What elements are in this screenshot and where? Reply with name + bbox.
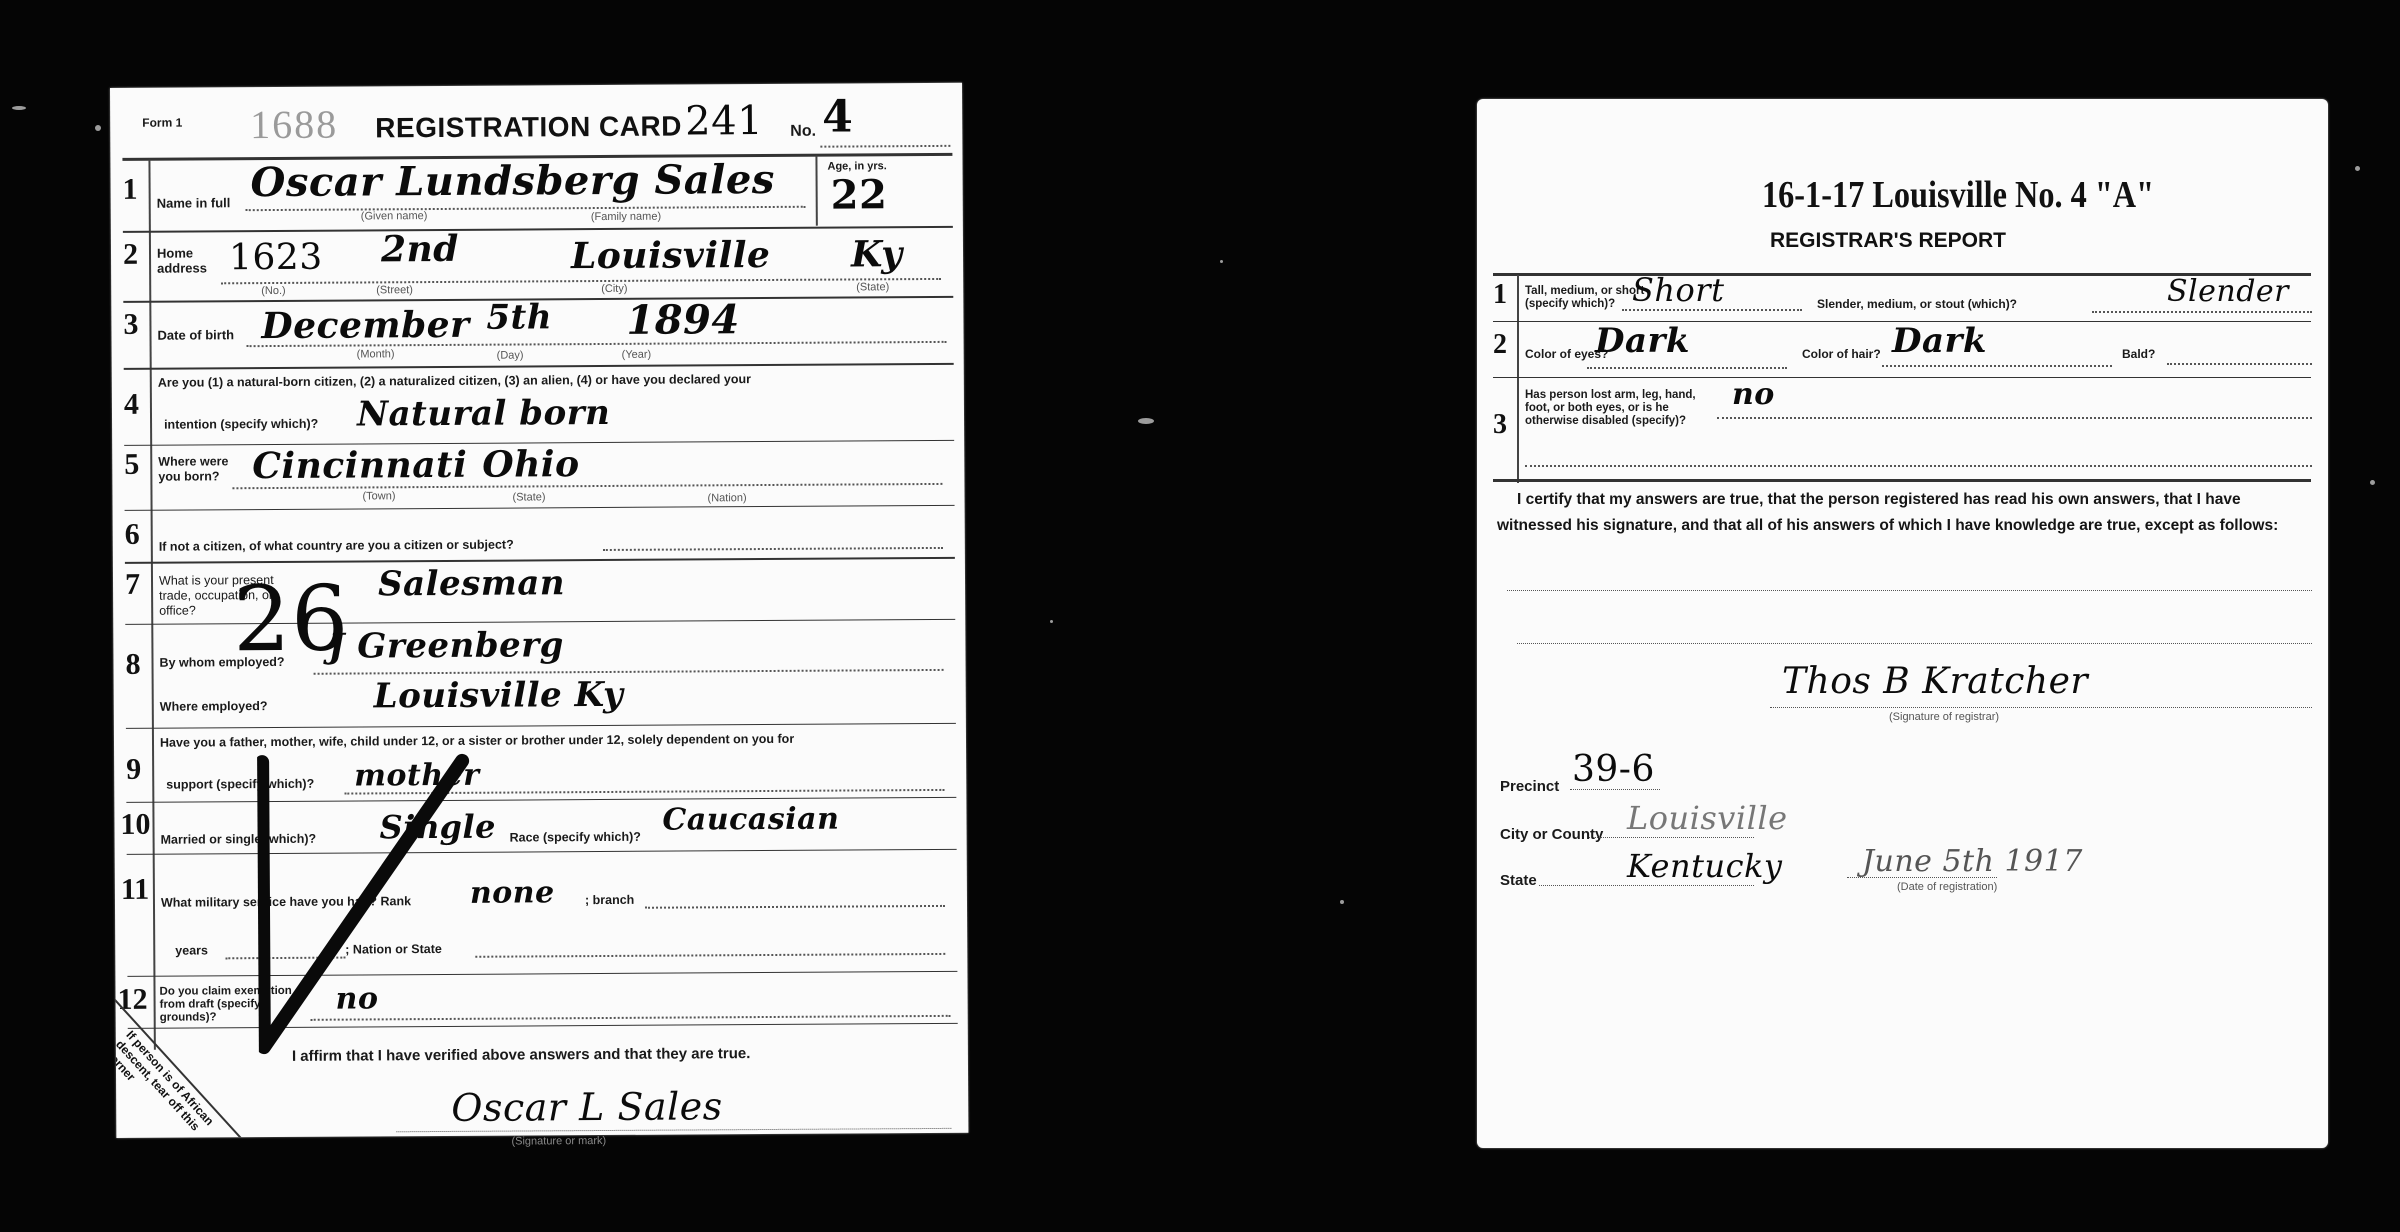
occupation-value: Salesman [378, 563, 565, 604]
employer-value: J Greenberg [328, 625, 564, 666]
name-label: Name in full [157, 195, 231, 210]
family-caption: (Family name) [591, 211, 661, 223]
film-speck [2355, 166, 2360, 171]
address-label: Home address [157, 245, 217, 275]
dob-month: December [261, 304, 469, 347]
address-street: 2nd [381, 228, 459, 270]
eye-color-value: Dark [1595, 321, 1690, 361]
caption-city: (City) [601, 283, 627, 295]
registration-date: June 5th 1917 [1862, 844, 2083, 879]
city-label: City or County [1500, 827, 1603, 842]
citizenship-value: Natural born [357, 393, 611, 435]
citizenship-question: Are you (1) a natural-born citizen, (2) … [158, 372, 751, 391]
precinct-label: Precinct [1500, 779, 1559, 794]
precinct-value: 39-6 [1572, 749, 1655, 790]
form-label: Form 1 [142, 116, 182, 131]
row-number: 1 [123, 173, 138, 207]
row-number: 6 [125, 518, 140, 552]
certification-text: I certify that my answers are true, that… [1497, 487, 2312, 539]
years-label: years [175, 943, 208, 958]
dob-year: 1894 [626, 296, 740, 344]
row-number: 3 [1493, 409, 1507, 441]
address-state: Ky [851, 233, 903, 275]
serial-stamp: 1688 [250, 101, 338, 149]
state-label: State [1500, 873, 1537, 888]
row-number: 4 [124, 388, 139, 422]
film-speck [2370, 480, 2375, 485]
given-caption: (Given name) [361, 210, 428, 222]
birthplace-town: Cincinnati [252, 444, 467, 487]
no-value: 4 [822, 91, 853, 142]
corner-note: If person is of African descent, tear of… [115, 1028, 234, 1138]
caption-street: (Street) [376, 284, 413, 296]
caption-year: (Year) [622, 349, 652, 361]
age-value: 22 [831, 171, 888, 218]
row-number: 11 [121, 873, 150, 907]
registration-card: Form 1 1688 REGISTRATION CARD 241 No. 4 … [110, 83, 968, 1138]
caption-state: (State) [856, 281, 889, 293]
row-number: 8 [125, 648, 140, 682]
state-value: Kentucky [1627, 847, 1782, 885]
report-header: 16-1-17 Louisville No. 4 "A" [1762, 173, 2154, 217]
film-speck [1050, 620, 1053, 623]
height-value: Short [1632, 271, 1724, 309]
dob-day: 5th [486, 297, 552, 337]
row-number: 1 [1493, 279, 1507, 311]
caption-month: (Month) [357, 348, 395, 360]
checkmark-icon [257, 750, 579, 1072]
row-number: 2 [123, 238, 138, 272]
build-value: Slender [2167, 274, 2289, 309]
caption-no: (No.) [261, 285, 286, 297]
caption-nation: (Nation) [707, 492, 746, 504]
foreign-citizen-label: If not a citizen, of what country are yo… [159, 538, 514, 555]
caption-state: (State) [512, 491, 545, 503]
report-title: REGISTRAR'S REPORT [1770, 229, 2006, 253]
film-speck [1220, 260, 1223, 263]
bald-label: Bald? [2122, 347, 2155, 362]
disability-label: Has person lost arm, leg, hand, foot, or… [1525, 389, 1720, 428]
row-number: 3 [123, 308, 138, 342]
film-speck [1138, 418, 1154, 424]
registrar-signature-caption: (Signature of registrar) [1889, 711, 1999, 723]
caption-day: (Day) [497, 349, 524, 361]
race-value: Caucasian [662, 802, 839, 838]
film-speck [1340, 900, 1344, 904]
card-number: 241 [685, 98, 763, 144]
birthplace-label: Where were you born? [158, 454, 238, 484]
row-number: 7 [125, 568, 140, 602]
employment-place-label: Where employed? [160, 699, 268, 715]
signature-caption: (Signature or mark) [511, 1135, 606, 1148]
hair-color-value: Dark [1892, 321, 1987, 361]
margin-mark: 26 [233, 567, 349, 673]
hair-color-label: Color of hair? [1802, 347, 1881, 362]
build-label: Slender, medium, or stout (which)? [1817, 297, 2017, 312]
row-number: 9 [126, 753, 141, 787]
employment-place-value: Louisville Ky [374, 675, 624, 717]
city-value: Louisville [1627, 799, 1788, 837]
address-city: Louisville [571, 234, 771, 277]
no-label: No. [790, 124, 816, 139]
row-number: 5 [124, 448, 139, 482]
name-value: Oscar Lundsberg Sales [250, 156, 775, 206]
dob-label: Date of birth [157, 327, 234, 342]
date-caption: (Date of registration) [1897, 881, 1997, 893]
film-speck [95, 125, 101, 131]
registrar-report-card: 16-1-17 Louisville No. 4 "A" REGISTRAR'S… [1477, 99, 2328, 1148]
branch-label: ; branch [585, 893, 634, 908]
citizenship-label: intention (specify which)? [164, 417, 318, 433]
disability-value: no [1732, 377, 1775, 412]
registrant-signature: Oscar L Sales [451, 1084, 723, 1130]
address-no: 1623 [229, 237, 323, 279]
card-title: REGISTRATION CARD [375, 111, 682, 145]
caption-town: (Town) [362, 490, 395, 502]
tear-off-corner: If person is of African descent, tear of… [115, 987, 276, 1138]
row-number: 2 [1493, 329, 1507, 361]
row-number: 10 [120, 808, 150, 842]
registrar-signature: Thos B Kratcher [1782, 661, 2088, 702]
film-speck [12, 106, 26, 110]
birthplace-state: Ohio [482, 443, 579, 486]
dependents-question: Have you a father, mother, wife, child u… [160, 732, 794, 751]
